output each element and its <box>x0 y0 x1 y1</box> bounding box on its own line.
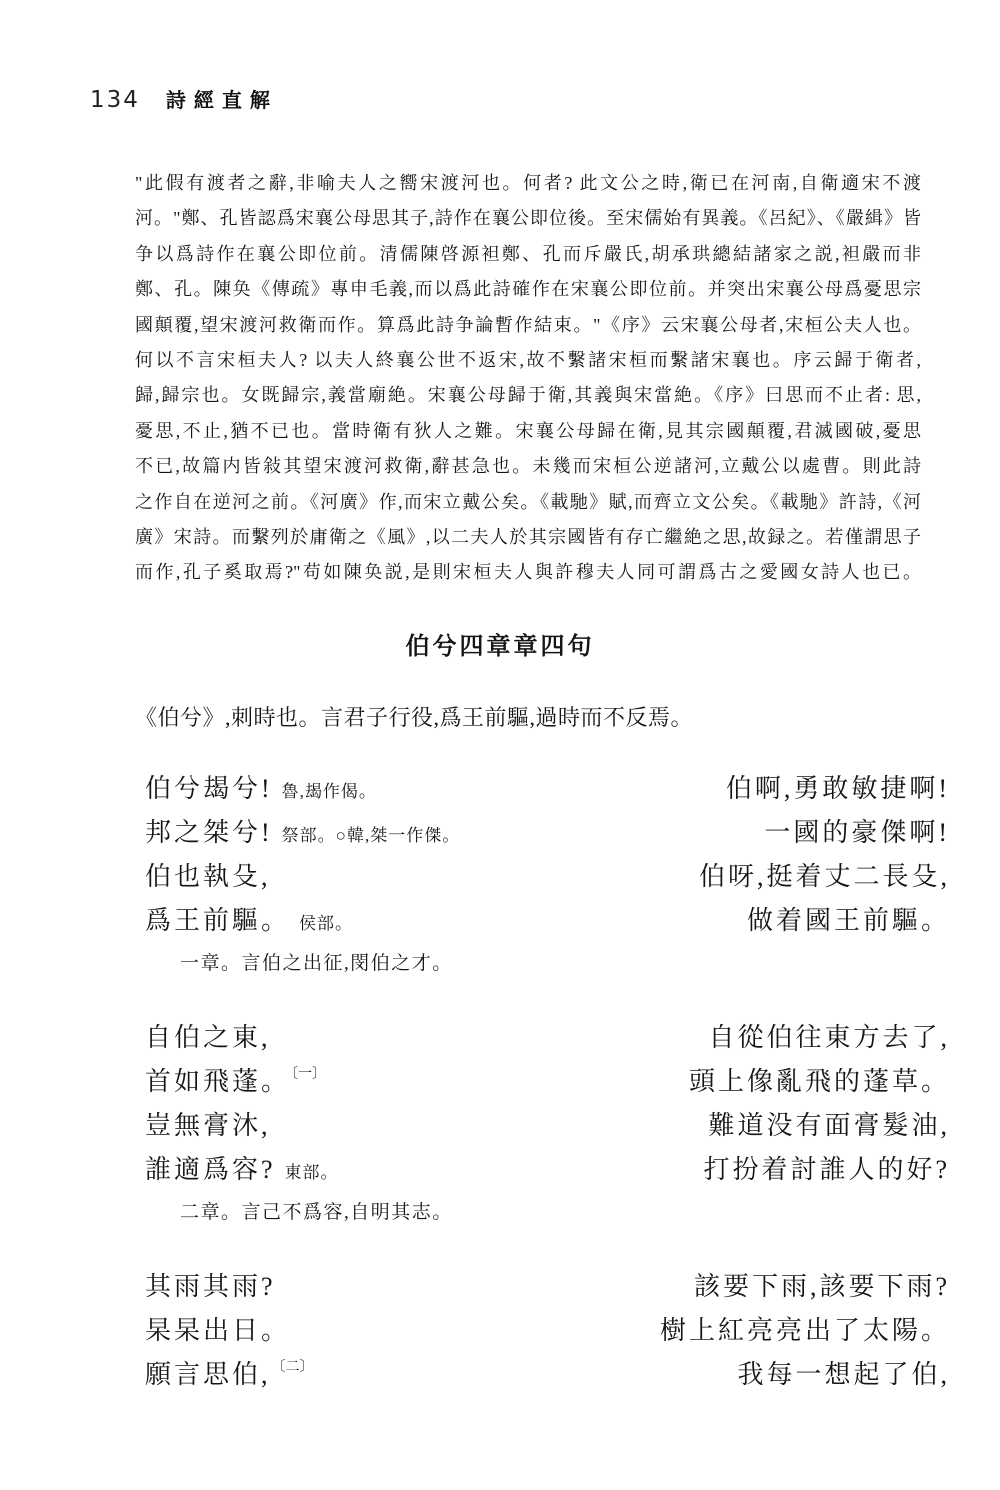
verse-row: 爲王前驅。侯部。 做着國王前驅。 <box>145 900 950 944</box>
verse-row: 首如飛蓬。〔一〕 頭上像亂飛的蓬草。 <box>145 1061 950 1105</box>
commentary-line: 不已,故篇内皆敍其望宋渡河救衛,辭甚急也。未幾而宋桓公逆諸河,立戴公以處曹。則此… <box>135 449 921 484</box>
verse-text: 豈無膏沐, <box>145 1111 271 1140</box>
footnote-marker: 〔二〕 <box>272 1360 314 1375</box>
verse-translation: 伯啊,勇敢敏捷啊! <box>726 768 950 805</box>
commentary-line: 而作,孔子奚取焉?"苟如陳奂説,是則宋桓夫人與許穆夫人同可謂爲古之愛國女詩人也已… <box>135 555 921 590</box>
verse-translation: 做着國王前驅。 <box>747 900 950 937</box>
poem-body: 伯兮朅兮!魯,朅作偈。 伯啊,勇敢敏捷啊! 邦之桀兮!祭部。○韓,桀一作傑。 一… <box>145 768 950 1431</box>
stanza-2: 自伯之東, 自從伯往東方去了, 首如飛蓬。〔一〕 頭上像亂飛的蓬草。 豈無膏沐,… <box>145 1017 950 1233</box>
verse-text: 自伯之東, <box>145 1023 271 1052</box>
commentary-line: 國顛覆,望宋渡河救衛而作。算爲此詩争論暫作結束。"《序》云宋襄公母者,宋桓公夫人… <box>135 308 921 343</box>
verse-text: 邦之桀兮! <box>145 818 273 847</box>
verse-translation: 伯呀,挺着丈二長殳, <box>699 856 950 893</box>
verse-row: 誰適爲容?東部。 打扮着討誰人的好? <box>145 1149 950 1193</box>
verse-translation: 打扮着討誰人的好? <box>703 1149 950 1186</box>
commentary-line: 鄭、孔。陳奂《傳疏》專申毛義,而以爲此詩確作在宋襄公即位前。并突出宋襄公母爲憂思… <box>135 272 921 307</box>
verse-row: 伯也執殳, 伯呀,挺着丈二長殳, <box>145 856 950 900</box>
commentary-line: 何以不言宋桓夫人? 以夫人終襄公世不返宋,故不繫諸宋桓而繫諸宋襄也。序云歸于衛者… <box>135 343 921 378</box>
commentary-line: 歸,歸宗也。女既歸宗,義當廟絶。宋襄公母歸于衛,其義與宋當絶。《序》曰思而不止者… <box>135 378 921 413</box>
running-header: 134 詩經直解 <box>90 84 278 113</box>
stanza-3: 其雨其雨? 該要下雨,該要下雨? 杲杲出日。 樹上紅亮亮出了太陽。 願言思伯,〔… <box>145 1266 950 1398</box>
commentary-line: 争以爲詩作在襄公即位前。清儒陳啓源袒鄭、孔而斥嚴氏,胡承珙總結諸家之説,袒嚴而非 <box>135 237 921 272</box>
book-page: 134 詩經直解 "此假有渡者之辭,非喻夫人之嚮宋渡河也。何者? 此文公之時,衛… <box>0 0 1000 1490</box>
verse-row: 其雨其雨? 該要下雨,該要下雨? <box>145 1266 950 1310</box>
verse-row: 豈無膏沐, 難道没有面膏髮油, <box>145 1105 950 1149</box>
commentary-line: 之作自在逆河之前。《河廣》作,而宋立戴公矣。《載馳》賦,而齊立文公矣。《載馳》許… <box>135 485 921 520</box>
verse-annotation: 祭部。○韓,桀一作傑。 <box>282 826 461 845</box>
verse-text: 首如飛蓬。 <box>145 1067 290 1096</box>
verse-text: 其雨其雨? <box>145 1272 276 1301</box>
verse-row: 願言思伯,〔二〕 我每一想起了伯, <box>145 1354 950 1398</box>
verse-text: 伯也執殳, <box>145 862 271 891</box>
verse-row: 邦之桀兮!祭部。○韓,桀一作傑。 一國的豪傑啊! <box>145 812 950 856</box>
verse-translation: 樹上紅亮亮出了太陽。 <box>660 1310 950 1347</box>
commentary-line: 憂思,不止,猶不已也。當時衛有狄人之難。宋襄公母歸在衛,見其宗國顛覆,君滅國破,… <box>135 414 921 449</box>
commentary-line: 河。"鄭、孔皆認爲宋襄公母思其子,詩作在襄公即位後。至宋儒始有異義。《呂紀》、《… <box>135 201 921 236</box>
commentary-line: 廣》宋詩。而繫列於庸衛之《風》,以二夫人於其宗國皆有存亡繼絶之思,故録之。若僅謂… <box>135 520 921 555</box>
verse-row: 自伯之東, 自從伯往東方去了, <box>145 1017 950 1061</box>
verse-annotation: 東部。 <box>285 1163 339 1182</box>
verse-text: 爲王前驅。 <box>145 906 290 935</box>
verse-text: 願言思伯, <box>145 1360 271 1389</box>
verse-annotation: 侯部。 <box>299 914 353 933</box>
book-title: 詩經直解 <box>166 84 278 113</box>
verse-translation: 難道没有面膏髮油, <box>708 1105 950 1142</box>
chapter-summary: 一章。言伯之出征,閔伯之才。 <box>145 944 950 984</box>
page-number: 134 <box>90 87 140 113</box>
verse-text: 伯兮朅兮! <box>145 774 273 803</box>
verse-annotation: 魯,朅作偈。 <box>282 782 377 801</box>
verse-translation: 自從伯往東方去了, <box>708 1017 950 1054</box>
verse-translation: 頭上像亂飛的蓬草。 <box>689 1061 950 1098</box>
verse-translation: 一國的豪傑啊! <box>764 812 950 849</box>
verse-text: 杲杲出日。 <box>145 1316 290 1345</box>
poem-title: 伯兮四章章四句 <box>0 626 1000 661</box>
verse-translation: 我每一想起了伯, <box>737 1354 950 1391</box>
commentary-paragraph: "此假有渡者之辭,非喻夫人之嚮宋渡河也。何者? 此文公之時,衛已在河南,自衛適宋… <box>135 166 921 591</box>
verse-row: 杲杲出日。 樹上紅亮亮出了太陽。 <box>145 1310 950 1354</box>
verse-text: 誰適爲容? <box>145 1155 276 1184</box>
verse-row: 伯兮朅兮!魯,朅作偈。 伯啊,勇敢敏捷啊! <box>145 768 950 812</box>
poem-preface: 《伯兮》,刺時也。言君子行役,爲王前驅,過時而不反焉。 <box>135 701 693 732</box>
chapter-summary: 二章。言己不爲容,自明其志。 <box>145 1193 950 1233</box>
verse-translation: 該要下雨,該要下雨? <box>694 1266 950 1303</box>
footnote-marker: 〔一〕 <box>291 1067 326 1082</box>
commentary-line: "此假有渡者之辭,非喻夫人之嚮宋渡河也。何者? 此文公之時,衛已在河南,自衛適宋… <box>135 166 921 201</box>
stanza-1: 伯兮朅兮!魯,朅作偈。 伯啊,勇敢敏捷啊! 邦之桀兮!祭部。○韓,桀一作傑。 一… <box>145 768 950 984</box>
